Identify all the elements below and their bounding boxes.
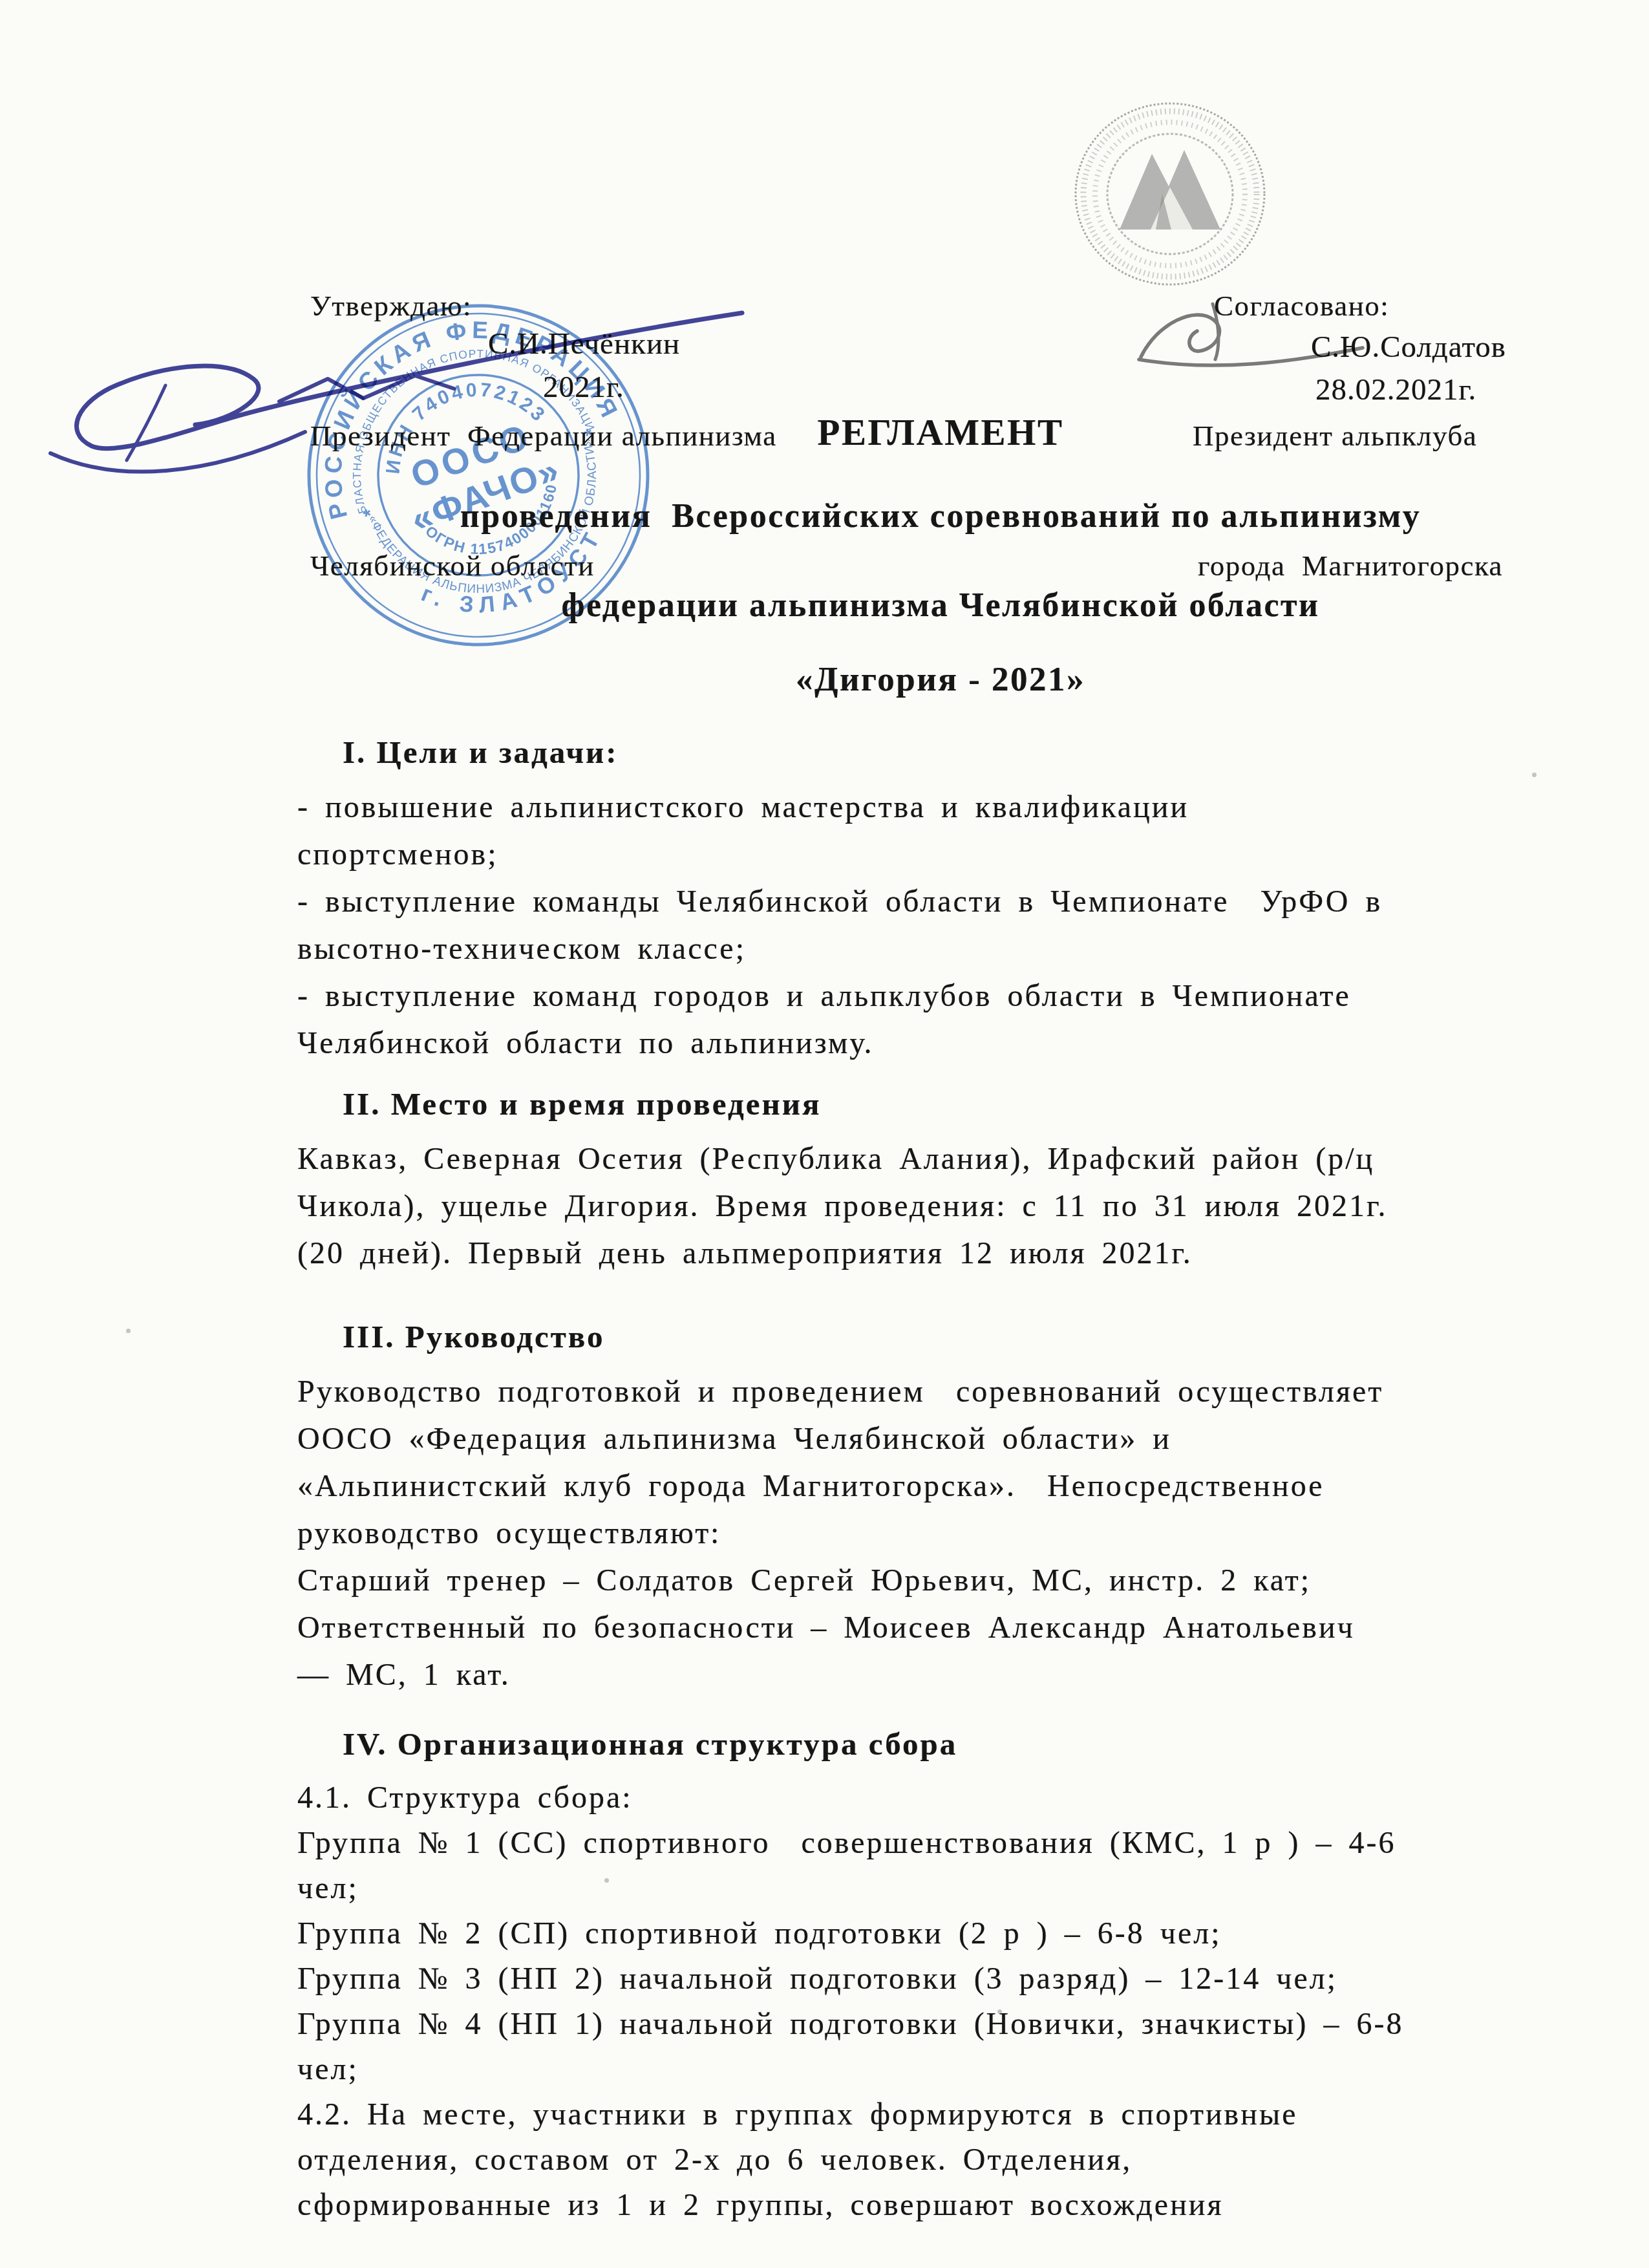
scan-speck	[1532, 773, 1537, 777]
scan-speck	[126, 1329, 131, 1333]
left-signature-ink	[0, 0, 1649, 2268]
right-signature-ink	[1139, 304, 1363, 365]
scan-speck	[997, 2009, 1002, 2014]
scanned-document-page: РОССИЙСКАЯ ФЕДЕРАЦИЯ г. ЗЛАТОУСТ ОБЛАСТН…	[0, 0, 1649, 2268]
scan-speck	[604, 1878, 609, 1883]
